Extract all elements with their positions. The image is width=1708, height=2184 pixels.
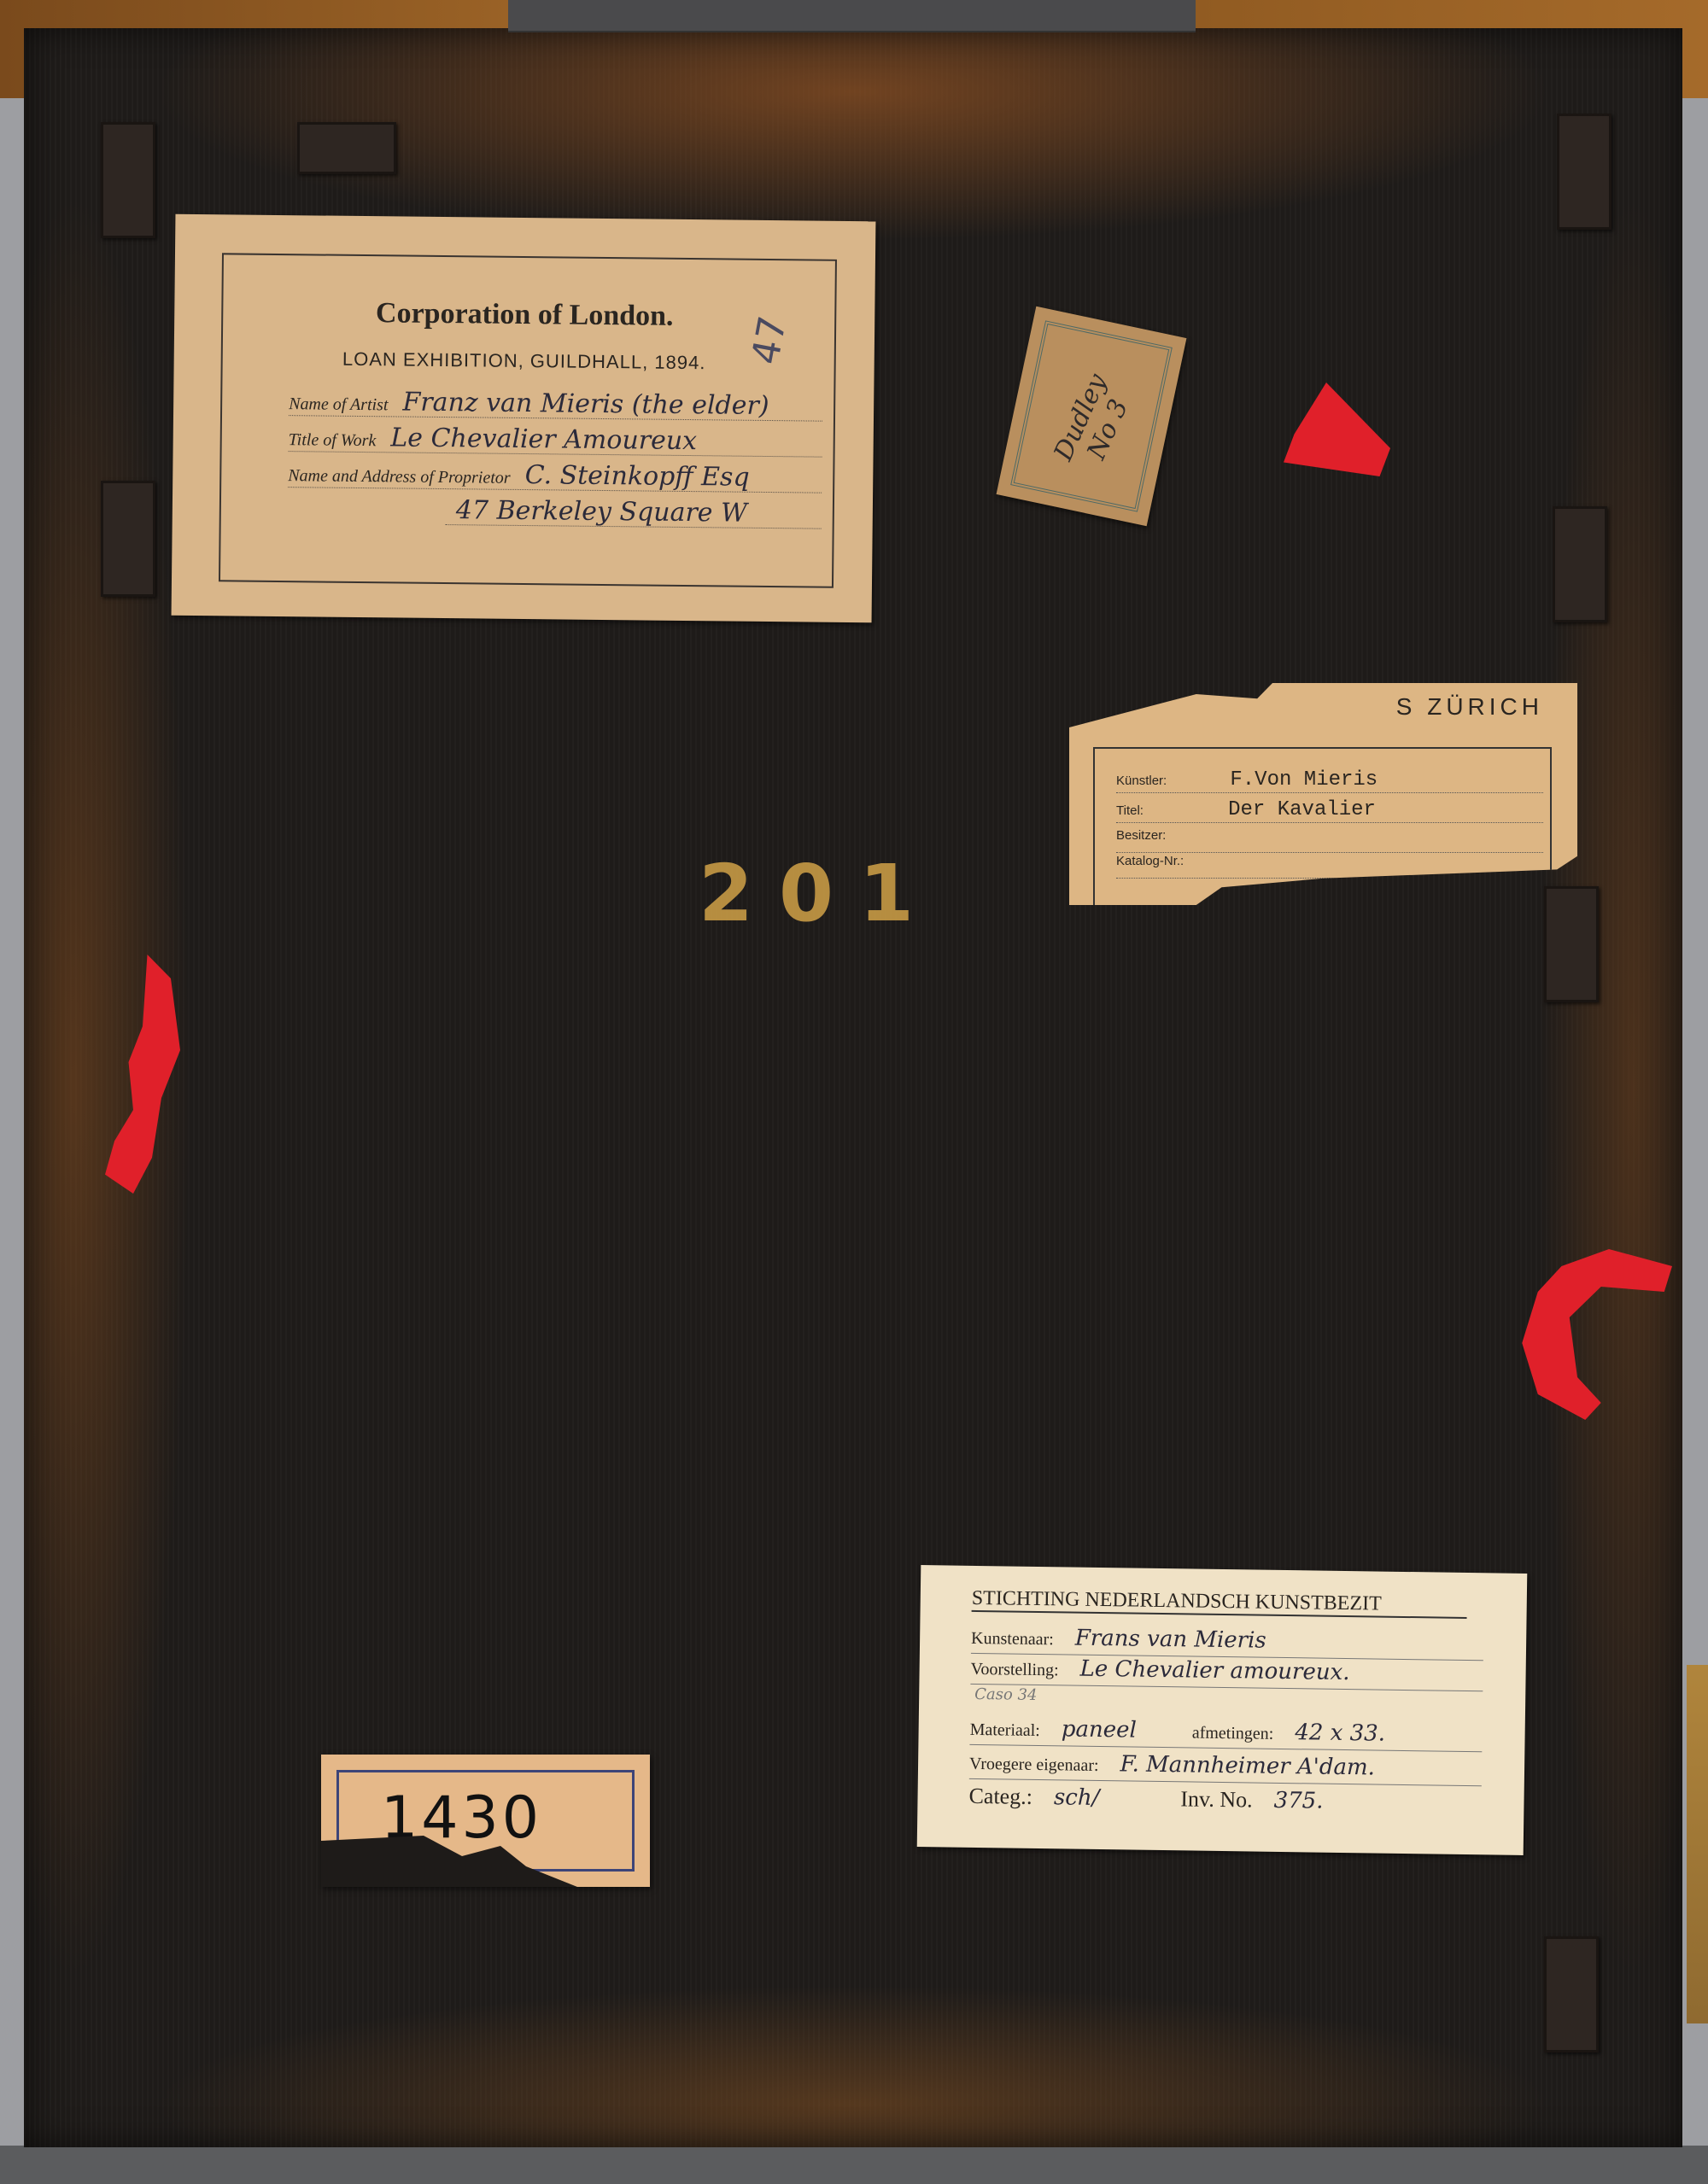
eigenaar-value: F. Mannheimer A'dam. xyxy=(1120,1751,1375,1780)
london-exhibition-label: Corporation of London. LOAN EXHIBITION, … xyxy=(172,214,876,623)
artist-value: Franz van Mieris (the elder) xyxy=(402,388,769,421)
categ-value: sch/ xyxy=(1054,1784,1100,1811)
work-value: Le Chevalier Amoureux xyxy=(390,423,697,456)
voorstelling-label: Voorstelling: xyxy=(970,1660,1058,1679)
inv-value: 375. xyxy=(1273,1788,1323,1814)
panel-clip xyxy=(1553,506,1607,622)
panel-clip xyxy=(101,122,155,238)
address-row: 47 Berkeley Square W xyxy=(446,495,822,529)
background-bottom xyxy=(0,2146,1708,2184)
stichting-label: STICHTING NEDERLANDSCH KUNSTBEZIT Kunste… xyxy=(917,1565,1528,1855)
kuenstler-label: Künstler: xyxy=(1116,774,1167,788)
artist-label: Name of Artist xyxy=(289,394,389,414)
proprietor-value: C. Steinkopff Esq xyxy=(524,460,749,493)
panel-clip xyxy=(1544,1936,1599,2053)
painted-number: 201 xyxy=(699,848,939,939)
besitzer-row: Besitzer: xyxy=(1116,828,1543,853)
titel-row: Titel: Der Kavalier xyxy=(1116,798,1543,823)
afmetingen-label: afmetingen: xyxy=(1192,1724,1274,1743)
address-value: 47 Berkeley Square W xyxy=(456,495,747,528)
stichting-header: STICHTING NEDERLANDSCH KUNSTBEZIT xyxy=(972,1587,1467,1619)
artist-row: Name of Artist Franz van Mieris (the eld… xyxy=(289,386,822,422)
voorstelling-row: Voorstelling: Le Chevalier amoureux. xyxy=(970,1655,1483,1691)
voorstelling-value: Le Chevalier amoureux. xyxy=(1079,1656,1349,1685)
red-wax-seal xyxy=(105,955,199,1194)
afmetingen-value: 42 x 33. xyxy=(1295,1720,1385,1746)
inventory-number-label: 1430 xyxy=(321,1755,650,1887)
label-handwritten-number: 47 xyxy=(744,312,795,367)
pencil-note: Caso 34 xyxy=(974,1685,1038,1704)
kunstenaar-label: Kunstenaar: xyxy=(971,1629,1054,1649)
background-right-frame xyxy=(1687,1665,1708,2023)
mount-clamp xyxy=(508,0,1196,32)
work-row: Title of Work Le Chevalier Amoureux xyxy=(289,422,822,458)
background-left xyxy=(0,98,24,2184)
panel-clip xyxy=(101,481,155,597)
materiaal-label: Materiaal: xyxy=(969,1720,1039,1740)
titel-value: Der Kavalier xyxy=(1228,798,1376,821)
katalog-label: Katalog-Nr.: xyxy=(1116,854,1184,868)
kuenstler-value: F.Von Mieris xyxy=(1230,768,1378,791)
proprietor-row: Name and Address of Proprietor C. Steink… xyxy=(288,458,822,493)
inv-label: Inv. No. xyxy=(1180,1786,1253,1812)
proprietor-label: Name and Address of Proprietor xyxy=(288,466,511,488)
work-label: Title of Work xyxy=(289,430,377,450)
panel-clip xyxy=(1557,114,1611,230)
panel-clip xyxy=(297,122,396,174)
categ-row: Categ.: sch/ Inv. No. 375. xyxy=(968,1784,1481,1819)
zurich-city: S ZÜRICH xyxy=(1396,693,1543,721)
titel-label: Titel: xyxy=(1116,803,1144,818)
red-wax-seal xyxy=(1284,382,1390,476)
eigenaar-row: Vroegere eigenaar: F. Mannheimer A'dam. xyxy=(969,1749,1482,1786)
categ-label: Categ.: xyxy=(968,1784,1032,1809)
kuenstler-row: Künstler: F.Von Mieris xyxy=(1116,768,1543,793)
kunstenaar-value: Frans van Mieris xyxy=(1075,1626,1266,1654)
red-wax-seal xyxy=(1514,1249,1672,1420)
materiaal-row: Materiaal: paneel afmetingen: 42 x 33. xyxy=(969,1715,1482,1752)
eigenaar-label: Vroegere eigenaar: xyxy=(969,1755,1099,1775)
panel-clip xyxy=(1544,886,1599,1002)
materiaal-value: paneel xyxy=(1062,1716,1137,1743)
besitzer-label: Besitzer: xyxy=(1116,828,1166,843)
